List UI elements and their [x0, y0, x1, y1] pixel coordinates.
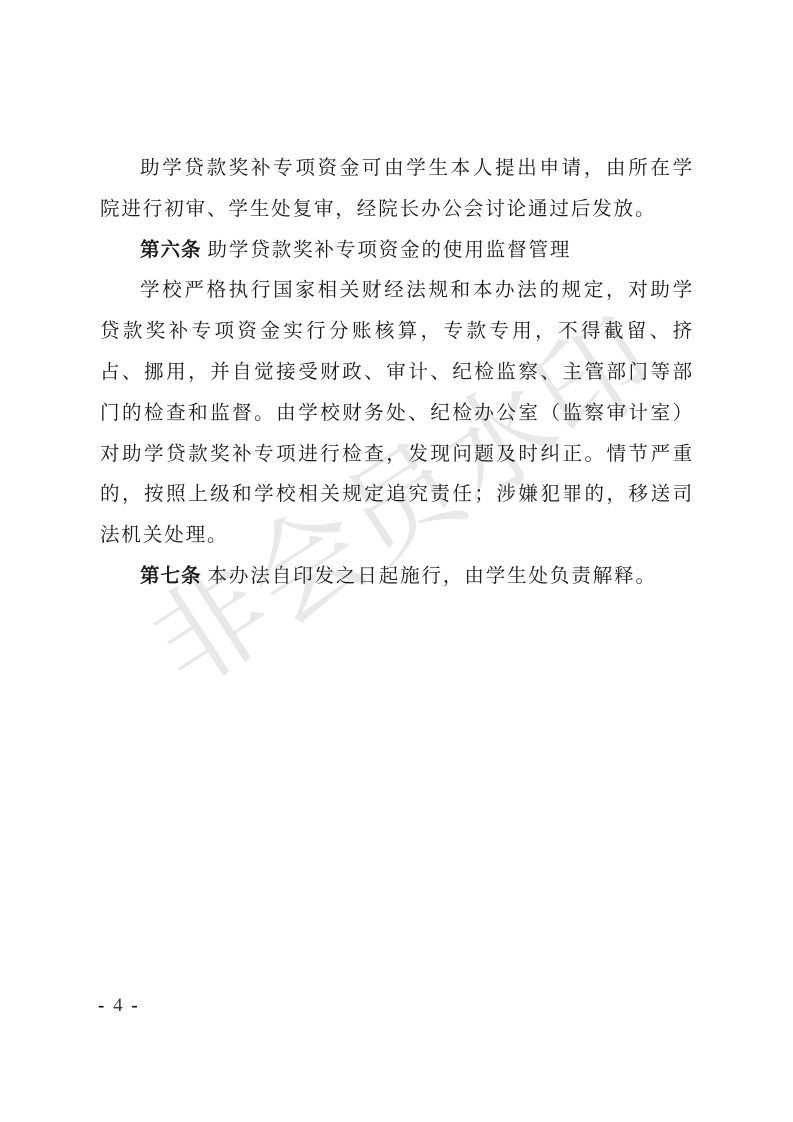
article-7-paragraph: 第七条本办法自印发之日起施行，由学生处负责解释。	[100, 556, 694, 597]
page-number-dash-left: -	[98, 995, 106, 1017]
article-number: 第六条	[140, 238, 202, 261]
paragraph-application-process: 助学贷款奖补专项资金可由学生本人提出申请，由所在学院进行初审、学生处复审，经院长…	[100, 148, 694, 230]
paragraph-text: 助学贷款奖补专项资金可由学生本人提出申请，由所在学院进行初审、学生处复审，经院长…	[100, 156, 694, 220]
page-number: - 4 -	[98, 995, 140, 1017]
paragraph-supervision: 学校严格执行国家相关财经法规和本办法的规定，对助学贷款奖补专项资金实行分账核算，…	[100, 270, 694, 556]
document-page: 非会员水印 助学贷款奖补专项资金可由学生本人提出申请，由所在学院进行初审、学生处…	[0, 0, 793, 1122]
article-text: 本办法自印发之日起施行，由学生处负责解释。	[208, 564, 657, 587]
page-number-value: 4	[113, 995, 125, 1016]
paragraph-text: 学校严格执行国家相关财经法规和本办法的规定，对助学贷款奖补专项资金实行分账核算，…	[100, 278, 694, 546]
page-number-dash-right: -	[131, 995, 139, 1017]
document-body: 助学贷款奖补专项资金可由学生本人提出申请，由所在学院进行初审、学生处复审，经院长…	[100, 148, 694, 597]
article-heading-text: 助学贷款奖补专项资金的使用监督管理	[208, 238, 572, 261]
article-6-heading: 第六条助学贷款奖补专项资金的使用监督管理	[100, 230, 694, 271]
article-number: 第七条	[140, 564, 202, 587]
